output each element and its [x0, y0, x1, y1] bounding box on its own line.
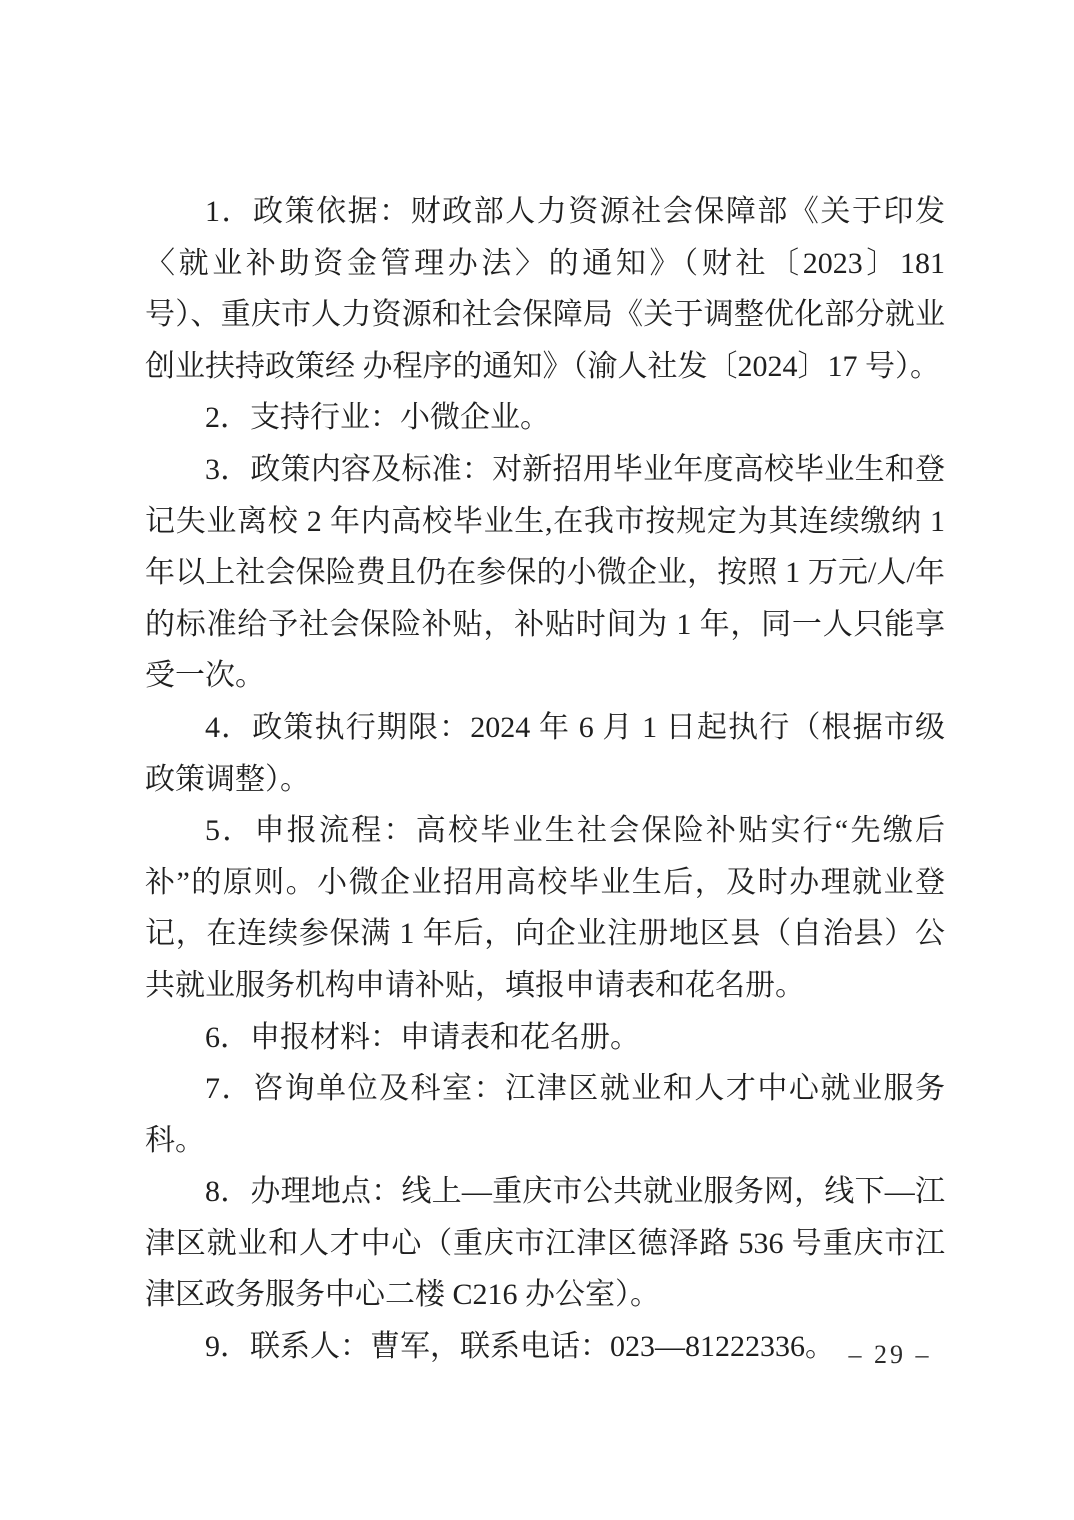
document-body: 1．政策依据：财政部人力资源社会保障部《关于印发〈就业补助资金管理办法〉的通知》… [145, 186, 945, 1373]
paragraph-policy-basis: 1．政策依据：财政部人力资源社会保障部《关于印发〈就业补助资金管理办法〉的通知》… [145, 186, 945, 392]
paragraph-policy-period: 4．政策执行期限：2024 年 6 月 1 日起执行（根据市级政策调整）。 [145, 702, 945, 805]
paragraph-consulting-unit: 7．咨询单位及科室：江津区就业和人才中心就业服务科。 [145, 1063, 945, 1166]
paragraph-supported-industry: 2．支持行业：小微企业。 [145, 392, 945, 444]
paragraph-handling-location: 8．办理地点：线上—重庆市公共就业服务网，线下—江津区就业和人才中心（重庆市江津… [145, 1166, 945, 1321]
paragraph-application-materials: 6．申报材料：申请表和花名册。 [145, 1012, 945, 1064]
paragraph-contact-person: 9．联系人：曹军，联系电话：023—81222336。 [145, 1321, 945, 1373]
paragraph-policy-content: 3．政策内容及标准：对新招用毕业年度高校毕业生和登记失业离校 2 年内高校毕业生… [145, 444, 945, 702]
document-page: 1．政策依据：财政部人力资源社会保障部《关于印发〈就业补助资金管理办法〉的通知》… [0, 0, 1074, 1520]
paragraph-application-process: 5．申报流程：高校毕业生社会保险补贴实行“先缴后补”的原则。小微企业招用高校毕业… [145, 805, 945, 1011]
page-number: – 29 – [830, 1340, 950, 1370]
